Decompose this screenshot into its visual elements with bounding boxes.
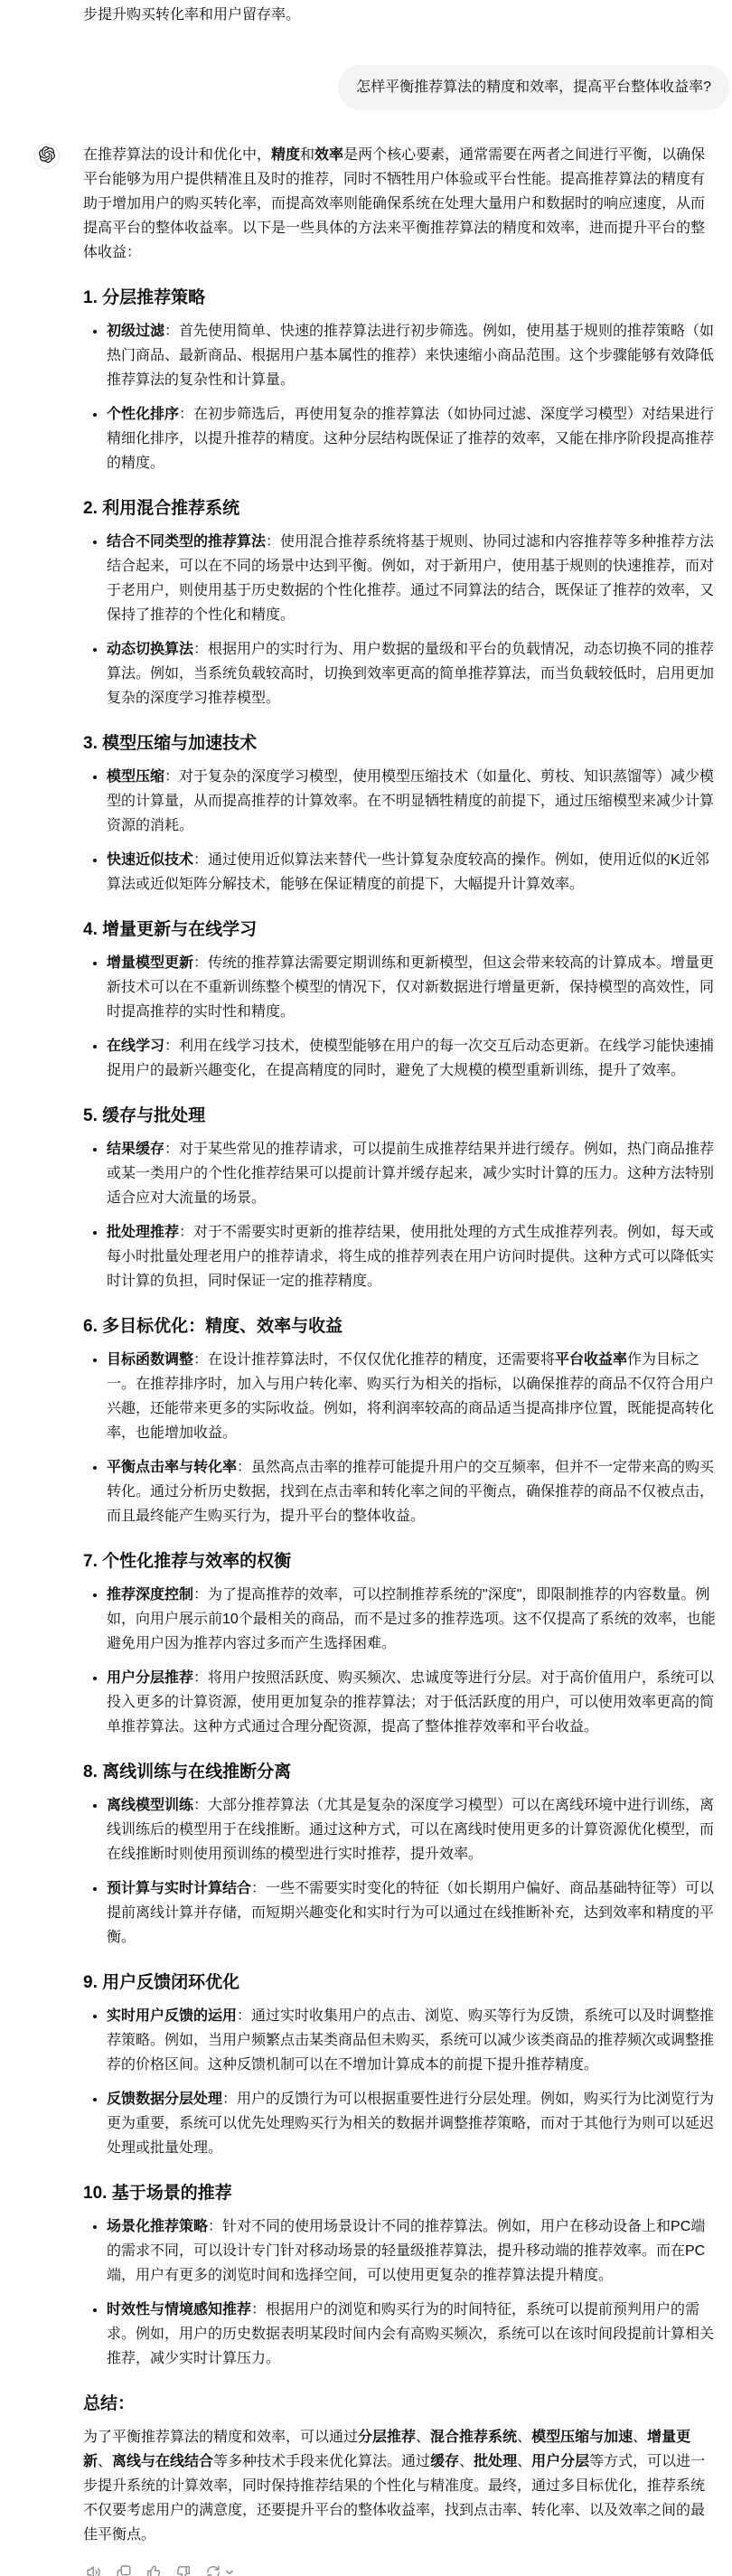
bullet-item: 预计算与实时计算结合：一些不需要实时变化的特征（如长期用户偏好、商品基础特征等）… [107,1876,718,1950]
sections-container: 1. 分层推荐策略初级过滤：首先使用简单、快速的推荐算法进行初步筛选。例如，使用… [83,287,718,2371]
bold-text: 模型压缩与加速 [531,2430,633,2445]
bullet-item: 批处理推荐：对于不需要实时更新的推荐结果，使用批处理的方式生成推荐列表。例如，每… [107,1220,718,1293]
bullet-item: 个性化排序：在初步筛选后，再使用复杂的推荐算法（如协同过滤、深度学习模型）对结果… [107,402,718,475]
section-title-10: 10. 基于场景的推荐 [83,2182,718,2205]
bullet-term: 初级过滤 [107,324,164,339]
bullet-term: 场景化推荐策略 [107,2219,208,2234]
bullet-item: 结果缓存：对于某些常见的推荐请求，可以提前生成推荐结果并进行缓存。例如，热门商品… [107,1137,718,1210]
section-bullets-5: 结果缓存：对于某些常见的推荐请求，可以提前生成推荐结果并进行缓存。例如，热门商品… [83,1137,718,1293]
bold-text: 批处理 [474,2454,517,2469]
summary-paragraph: 为了平衡推荐算法的精度和效率，可以通过分层推荐、混合推荐系统、模型压缩与加速、增… [83,2425,718,2547]
summary-title: 总结： [83,2393,718,2415]
bullet-item: 增量模型更新：传统的推荐算法需要定期训练和更新模型，但这会带来较高的计算成本。增… [107,951,718,1024]
bullet-item: 平衡点击率与转化率：虽然高点击率的推荐可能提升用户的交互频率，但并不一定带来高的… [107,1455,718,1528]
bullet-term: 在线学习 [107,1039,164,1054]
section-bullets-1: 初级过滤：首先使用简单、快速的推荐算法进行初步筛选。例如，使用基于规则的推荐策略… [83,319,718,475]
bullet-term: 实时用户反馈的运用 [107,2008,237,2024]
section-title-7: 7. 个性化推荐与效率的权衡 [83,1550,718,1573]
section-title-8: 8. 离线训练与在线推断分离 [83,1761,718,1783]
chat-page: 步提升购买转化率和用户留存率。 怎样平衡推荐算法的精度和效率，提高平台整体收益率… [0,0,732,2576]
bullet-term: 动态切换算法 [107,642,193,657]
bullet-term: 批处理推荐 [107,1225,179,1240]
intro-paragraph: 在推荐算法的设计和优化中，精度和效率是两个核心要素，通常需要在两者之间进行平衡，… [83,143,718,265]
bold-text: 混合推荐系统 [430,2430,517,2445]
bold-text: 缓存 [430,2454,459,2469]
bullet-term: 反馈数据分层处理 [107,2092,222,2107]
bullet-term: 模型压缩 [107,769,164,785]
bold-text: 平台收益率 [555,1352,627,1368]
read-aloud-button[interactable] [83,2562,105,2576]
bullet-term: 个性化排序 [107,407,179,422]
section-title-3: 3. 模型压缩与加速技术 [83,732,718,755]
regenerate-button[interactable] [202,2562,237,2576]
bullet-item: 时效性与情境感知推荐：根据用户的浏览和购买行为的时间特征，系统可以提前预判用户的… [107,2298,718,2371]
section-title-6: 6. 多目标优化：精度、效率与收益 [83,1315,718,1338]
copy-icon [115,2563,133,2576]
bullet-term: 结果缓存 [107,1142,164,1157]
section-bullets-8: 离线模型训练：大部分推荐算法（尤其是复杂的深度学习模型）可以在离线环境中进行训练… [83,1793,718,1950]
section-title-4: 4. 增量更新与在线学习 [83,918,718,941]
bullet-term: 预计算与实时计算结合 [107,1881,251,1896]
message-actions [83,2562,718,2576]
openai-logo-icon [39,146,55,167]
section-title-9: 9. 用户反馈闭环优化 [83,1971,718,1994]
section-bullets-6: 目标函数调整：在设计推荐算法时，不仅仅优化推荐的精度，还需要将平台收益率作为目标… [83,1348,718,1528]
bullet-item: 目标函数调整：在设计推荐算法时，不仅仅优化推荐的精度，还需要将平台收益率作为目标… [107,1348,718,1445]
bullet-item: 在线学习：利用在线学习技术，使模型能够在用户的每一次交互后动态更新。在线学习能快… [107,1034,718,1083]
bullet-term: 目标函数调整 [107,1352,193,1368]
speaker-icon [85,2563,103,2576]
bold-text: 分层推荐 [358,2430,416,2445]
bullet-item: 用户分层推荐：将用户按照活跃度、购买频次、忠诚度等进行分层。对于高价值用户，系统… [107,1666,718,1739]
bullet-item: 快速近似技术：通过使用近似算法来替代一些计算复杂度较高的操作。例如，使用近似的K… [107,848,718,897]
bullet-term: 平衡点击率与转化率 [107,1460,237,1475]
bullet-term: 快速近似技术 [107,852,193,868]
bullet-term: 时效性与情境感知推荐 [107,2302,251,2317]
section-title-5: 5. 缓存与批处理 [83,1105,718,1127]
bullet-item: 推荐深度控制：为了提高推荐的效率，可以控制推荐系统的"深度"，即限制推荐的内容数… [107,1583,718,1656]
bullet-item: 动态切换算法：根据用户的实时行为、用户数据的量级和平台的负载情况，动态切换不同的… [107,637,718,710]
good-response-button[interactable] [143,2562,164,2576]
previous-message-tail: 步提升购买转化率和用户留存率。 [83,0,718,27]
section-bullets-4: 增量模型更新：传统的推荐算法需要定期训练和更新模型，但这会带来较高的计算成本。增… [83,951,718,1083]
assistant-message: 在推荐算法的设计和优化中，精度和效率是两个核心要素，通常需要在两者之间进行平衡，… [0,143,732,2576]
bullet-term: 离线模型训练 [107,1798,193,1813]
bullet-term: 增量模型更新 [107,955,193,971]
bullet-item: 实时用户反馈的运用：通过实时收集用户的点击、浏览、购买等行为反馈，系统可以及时调… [107,2004,718,2077]
section-title-2: 2. 利用混合推荐系统 [83,497,718,520]
assistant-content: 在推荐算法的设计和优化中，精度和效率是两个核心要素，通常需要在两者之间进行平衡，… [83,143,718,2576]
bullet-item: 初级过滤：首先使用简单、快速的推荐算法进行初步筛选。例如，使用基于规则的推荐策略… [107,319,718,392]
thumbs-up-icon [145,2563,163,2576]
regenerate-icon [204,2563,222,2576]
bullet-term: 结合不同类型的推荐算法 [107,534,266,550]
chevron-down-icon [224,2567,235,2576]
section-bullets-9: 实时用户反馈的运用：通过实时收集用户的点击、浏览、购买等行为反馈，系统可以及时调… [83,2004,718,2160]
section-title-1: 1. 分层推荐策略 [83,287,718,309]
bullet-item: 模型压缩：对于复杂的深度学习模型，使用模型压缩技术（如量化、剪枝、知识蒸馏等）减… [107,765,718,838]
bold-text: 精度 [271,147,300,163]
user-message-bubble: 怎样平衡推荐算法的精度和效率，提高平台整体收益率? [338,65,729,110]
section-bullets-3: 模型压缩：对于复杂的深度学习模型，使用模型压缩技术（如量化、剪枝、知识蒸馏等）减… [83,765,718,897]
bullet-item: 场景化推荐策略：针对不同的使用场景设计不同的推荐算法。例如，用户在移动设备上和P… [107,2214,718,2288]
bullet-item: 反馈数据分层处理：用户的反馈行为可以根据重要性进行分层处理。例如，购买行为比浏览… [107,2087,718,2160]
assistant-avatar [34,144,60,169]
bullet-item: 结合不同类型的推荐算法：使用混合推荐系统将基于规则、协同过滤和内容推荐等多种推荐… [107,530,718,627]
bad-response-button[interactable] [173,2562,194,2576]
section-bullets-7: 推荐深度控制：为了提高推荐的效率，可以控制推荐系统的"深度"，即限制推荐的内容数… [83,1583,718,1739]
bullet-term: 用户分层推荐 [107,1670,193,1686]
copy-button[interactable] [113,2562,135,2576]
section-bullets-2: 结合不同类型的推荐算法：使用混合推荐系统将基于规则、协同过滤和内容推荐等多种推荐… [83,530,718,710]
section-bullets-10: 场景化推荐策略：针对不同的使用场景设计不同的推荐算法。例如，用户在移动设备上和P… [83,2214,718,2371]
bold-text: 用户分层 [531,2454,589,2469]
bullet-item: 离线模型训练：大部分推荐算法（尤其是复杂的深度学习模型）可以在离线环境中进行训练… [107,1793,718,1866]
bold-text: 效率 [314,147,343,163]
user-message-row: 怎样平衡推荐算法的精度和效率，提高平台整体收益率? [0,65,729,110]
thumbs-down-icon [174,2563,192,2576]
bullet-term: 推荐深度控制 [107,1587,193,1603]
bold-text: 离线与在线结合 [112,2454,213,2469]
